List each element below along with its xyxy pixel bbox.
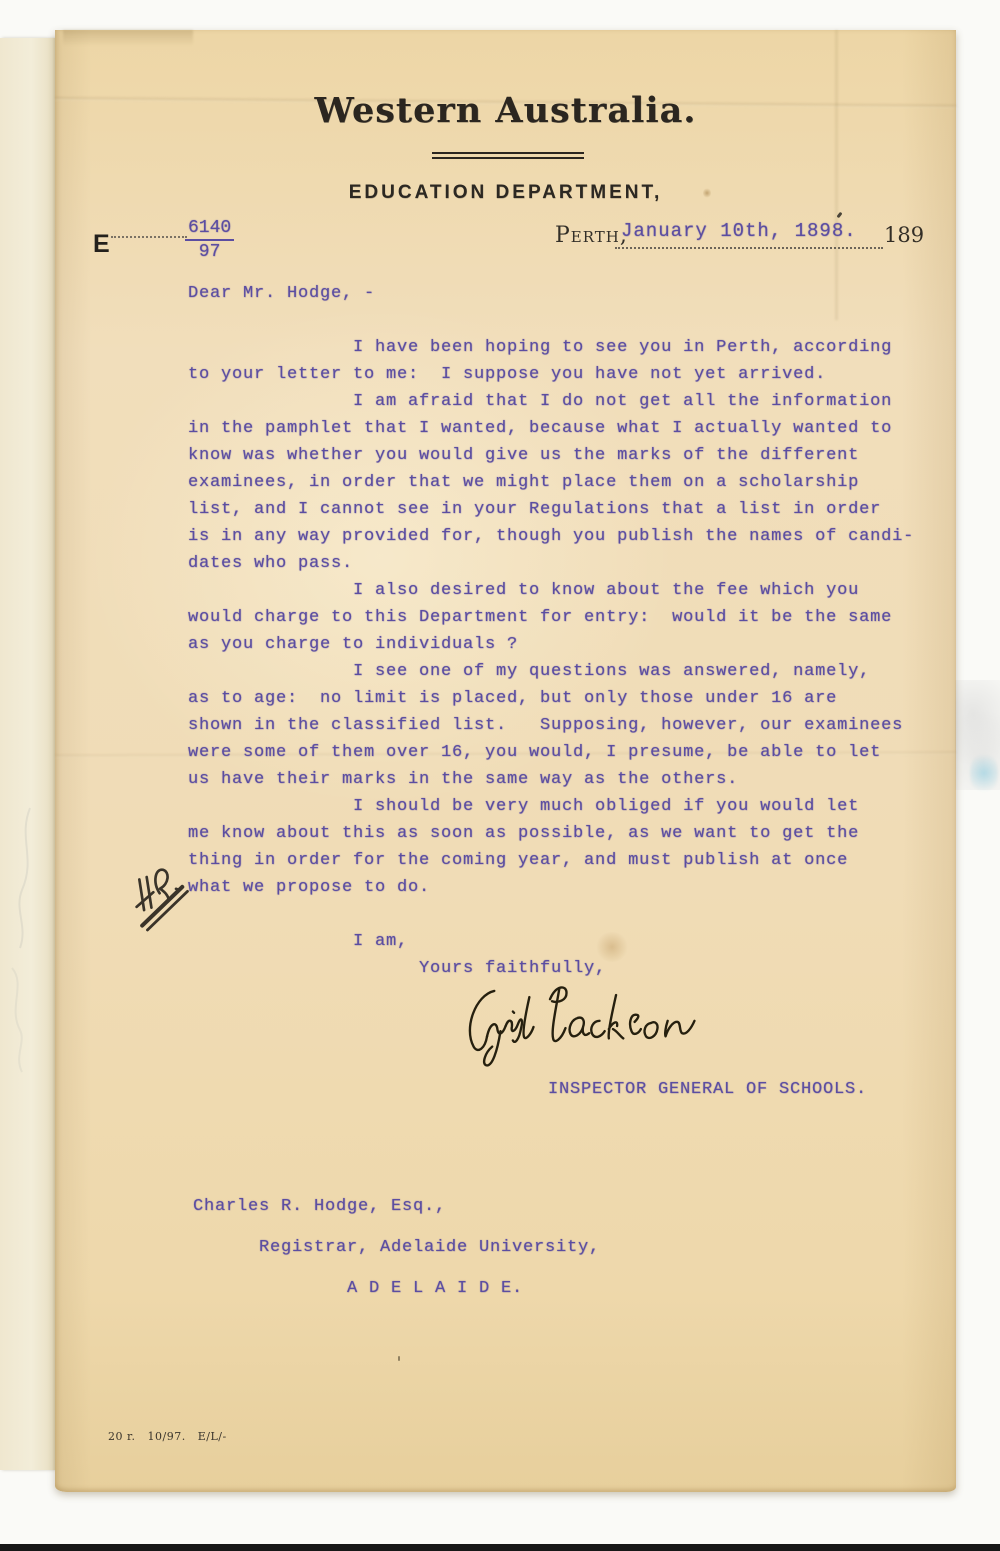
letterhead-region-title: Western Australia. [55, 90, 956, 131]
text-line: us have their marks in the same way as t… [188, 766, 914, 793]
letterhead-department: EDUCATION DEPARTMENT, [55, 182, 956, 204]
text-line: Dear Mr. Hodge, - [188, 280, 914, 307]
reference-numerator: 6140 [185, 218, 234, 241]
underlying-page-edge [0, 38, 57, 1470]
reference-denominator: 97 [185, 241, 234, 262]
reference-file-number: 6140 97 [185, 218, 234, 262]
text-line: were some of them over 16, you would, I … [188, 739, 914, 766]
reference-prefix: E [93, 230, 110, 259]
text-line: list, and I cannot see in your Regulatio… [188, 496, 914, 523]
signer-title: INSPECTOR GENERAL OF SCHOOLS. [548, 1080, 867, 1099]
text-line: I see one of my questions was answered, … [188, 658, 914, 685]
text-line [188, 307, 914, 334]
text-line: I also desired to know about the fee whi… [188, 577, 914, 604]
text-line: I have been hoping to see you in Perth, … [188, 334, 914, 361]
text-line: examinees, in order that we might place … [188, 469, 914, 496]
text-line: thing in order for the coming year, and … [188, 847, 914, 874]
reference-dotted-leader [111, 236, 187, 238]
dateline-year-prefix: 189 [884, 223, 924, 247]
signature-cyril-jackson [453, 972, 711, 1080]
text-line: A D E L A I D E. [193, 1268, 600, 1309]
letterhead-double-rule [432, 152, 584, 159]
text-line: what we propose to do. [188, 874, 914, 901]
text-line: to your letter to me: I suppose you have… [188, 361, 914, 388]
text-line: I should be very much obliged if you wou… [188, 793, 914, 820]
text-line: as to age: no limit is placed, but only … [188, 685, 914, 712]
scanner-edge-line [0, 1544, 1000, 1551]
text-line: shown in the classified list. Supposing,… [188, 712, 914, 739]
text-line: know was whether you would give us the m… [188, 442, 914, 469]
text-line: as you charge to individuals ? [188, 631, 914, 658]
recipient-address: Charles R. Hodge, Esq., Registrar, Adela… [193, 1186, 600, 1309]
scanned-letter: Western Australia. EDUCATION DEPARTMENT,… [0, 0, 1000, 1551]
text-line: Charles R. Hodge, Esq., [193, 1186, 600, 1227]
text-line: I am afraid that I do not get all the in… [188, 388, 914, 415]
letter-paper: Western Australia. EDUCATION DEPARTMENT,… [55, 30, 956, 1492]
letter-body-text: Dear Mr. Hodge, - I have been hoping to … [188, 280, 914, 982]
text-line: I am, [188, 928, 914, 955]
vertical-scratch [835, 30, 838, 320]
top-edge-fold-shadow [63, 30, 193, 46]
text-line: in the pamphlet that I wanted, because w… [188, 415, 914, 442]
text-line: Registrar, Adelaide University, [193, 1227, 600, 1268]
text-line: is in any way provided for, though you p… [188, 523, 914, 550]
dateline-typed-date: January 10th, 1898. [621, 220, 857, 242]
text-line: dates who pass. [188, 550, 914, 577]
printer-imprint: 20 r. 10/97. E/L/- [108, 1430, 227, 1443]
text-line [188, 901, 914, 928]
text-line: me know about this as soon as possible, … [188, 820, 914, 847]
ink-speck-small [398, 1356, 400, 1361]
pencil-ghost-marks [0, 798, 57, 1118]
scan-margin-cyan-smudge [970, 750, 998, 796]
text-line: would charge to this Department for entr… [188, 604, 914, 631]
